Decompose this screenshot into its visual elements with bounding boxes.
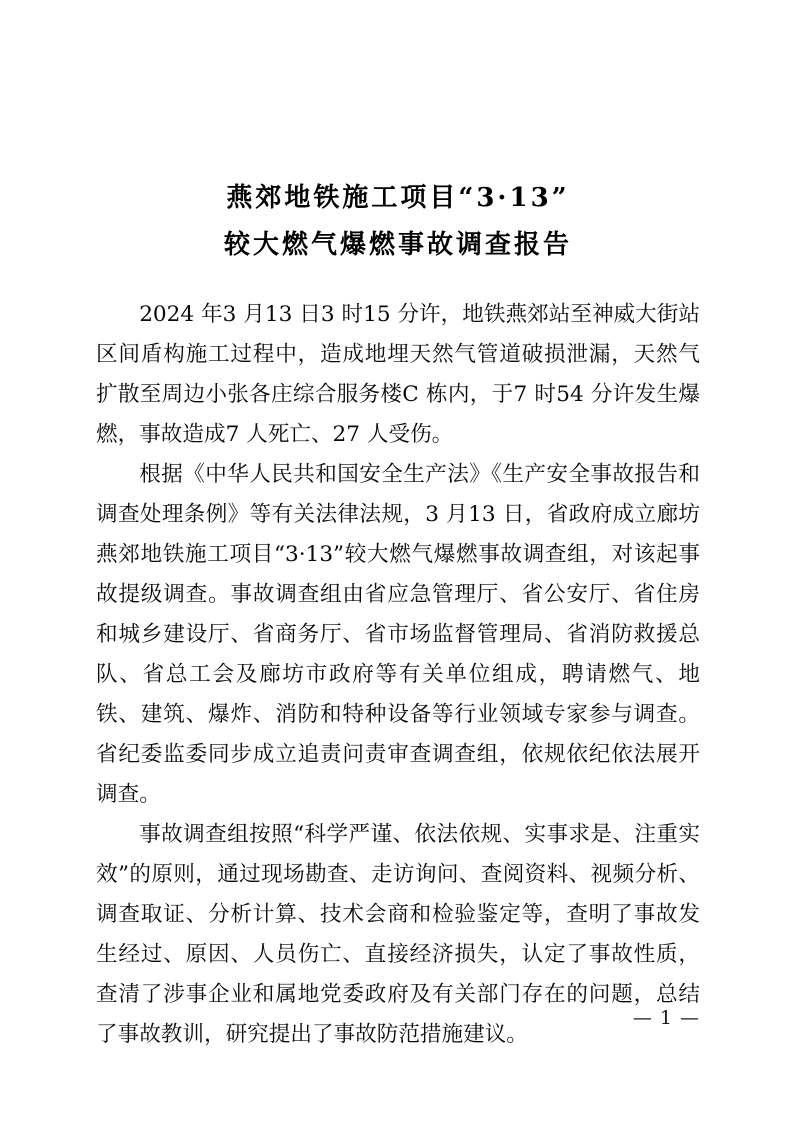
document-body: 2024 年3 月13 日3 时15 分许，地铁燕郊站至神威大街站区间盾构施工过… <box>96 295 700 1055</box>
document-title: 燕郊地铁施工项目“3·13” 较大燃气爆燃事故调查报告 <box>96 175 700 269</box>
title-line-2: 较大燃气爆燃事故调查报告 <box>96 222 700 269</box>
paragraph-incident-summary: 2024 年3 月13 日3 时15 分许，地铁燕郊站至神威大街站区间盾构施工过… <box>96 295 700 455</box>
page-number: — 1 — <box>633 1007 700 1029</box>
paragraph-investigation-team: 根据《中华人民共和国安全生产法》《生产安全事故报告和调查处理条例》等有关法律法规… <box>96 455 700 815</box>
paragraph-investigation-method: 事故调查组按照“科学严谨、依法依规、实事求是、注重实效”的原则，通过现场勘查、走… <box>96 815 700 1055</box>
document-page: 燕郊地铁施工项目“3·13” 较大燃气爆燃事故调查报告 2024 年3 月13 … <box>0 0 793 1122</box>
page-footer: — 1 — <box>633 1004 700 1032</box>
title-line-1: 燕郊地铁施工项目“3·13” <box>96 175 700 222</box>
